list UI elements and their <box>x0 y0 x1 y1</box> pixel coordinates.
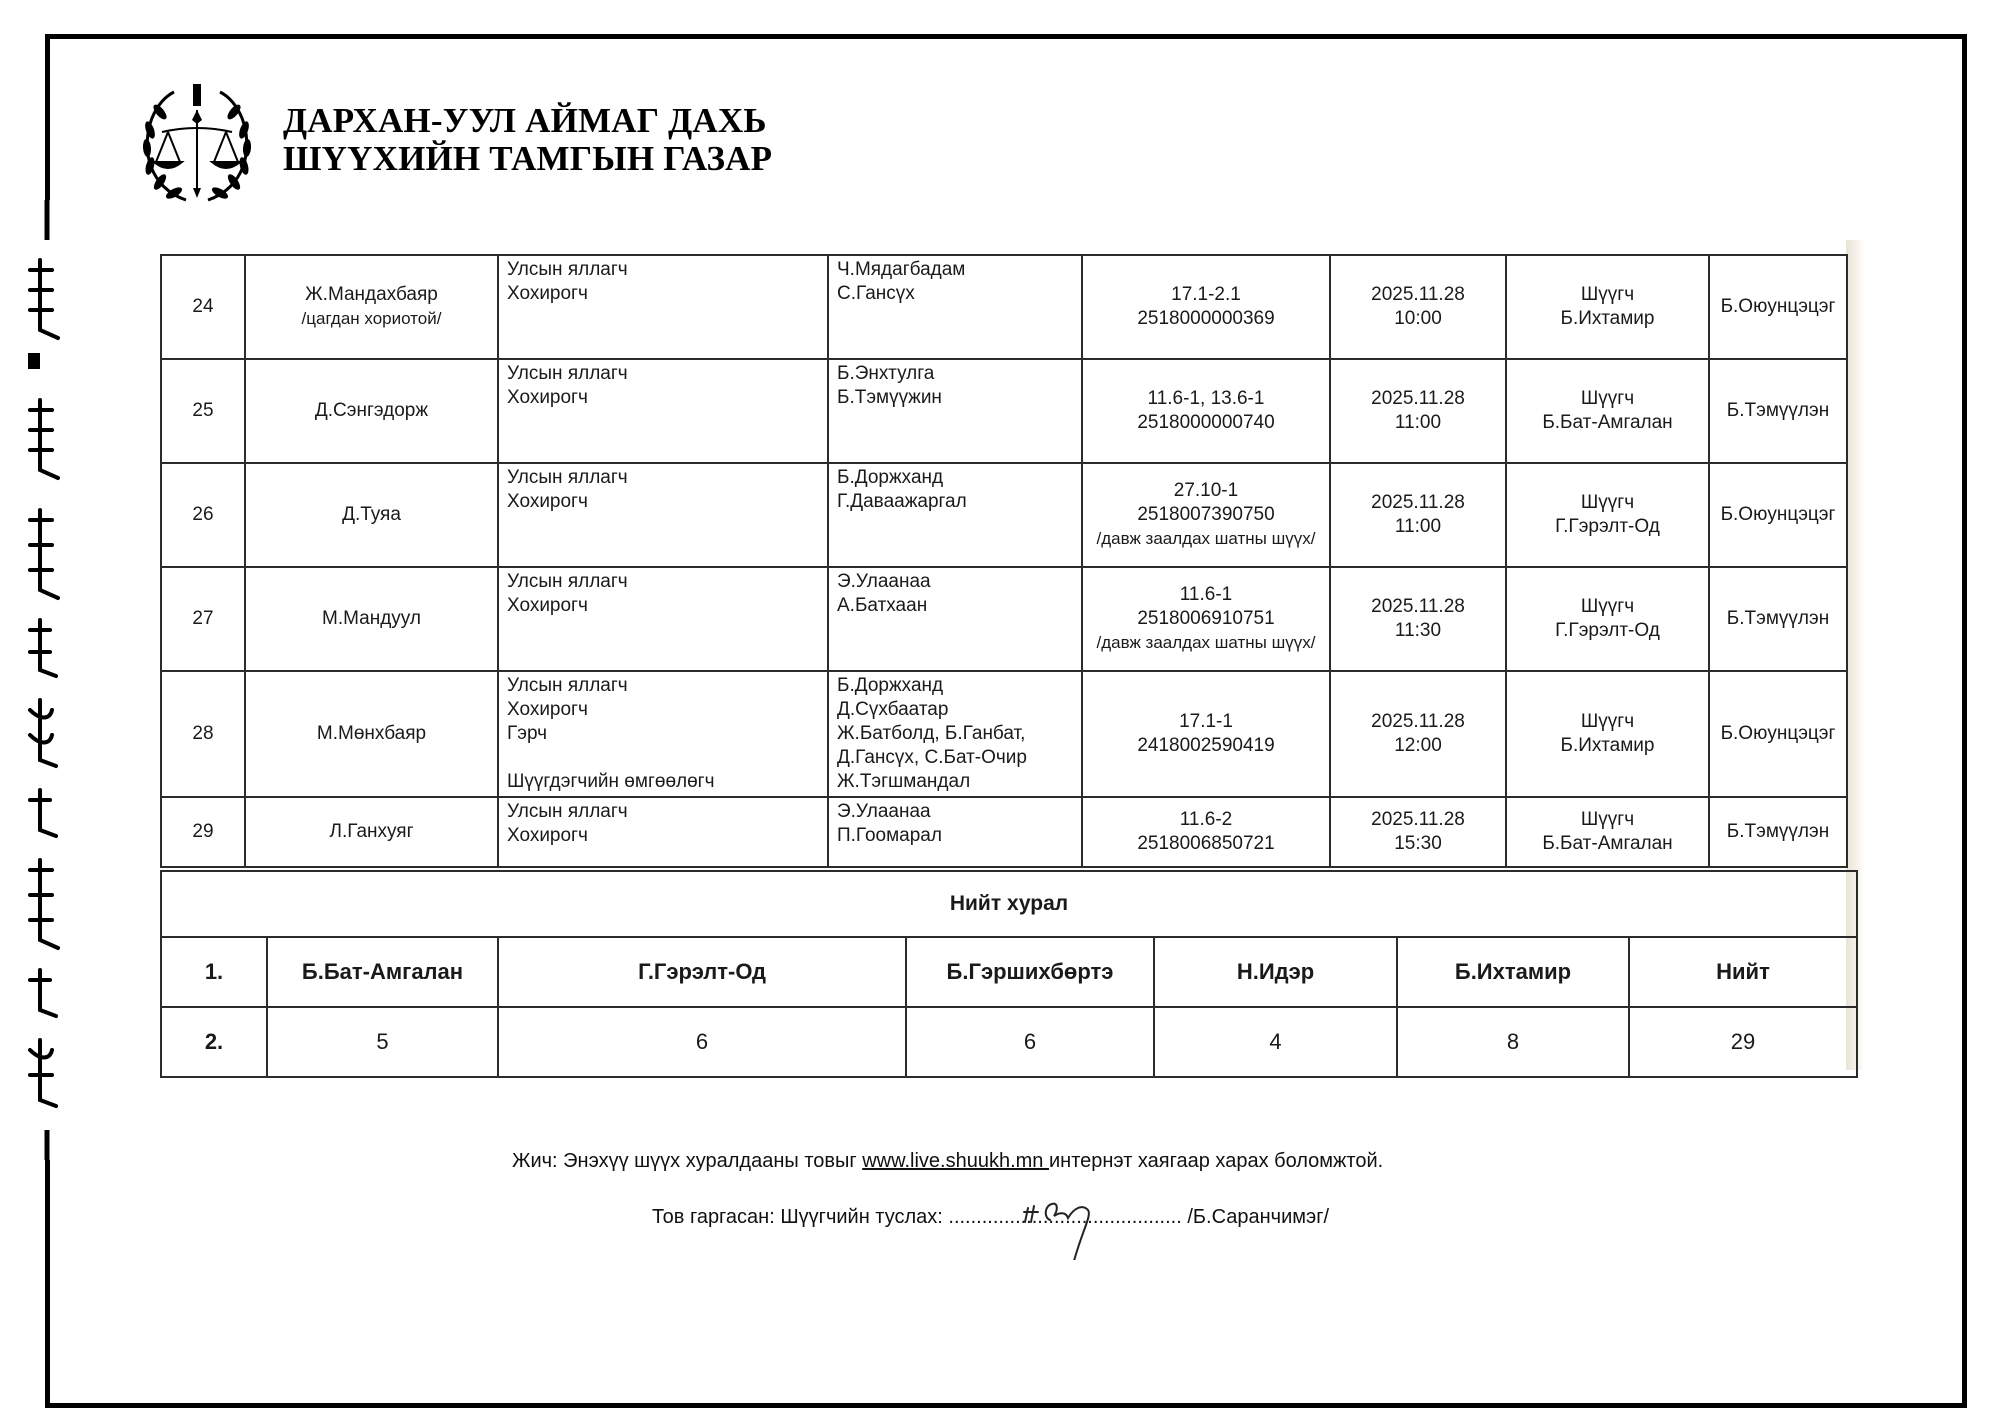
defendant-cell: Л.Ганхуяг <box>245 797 498 867</box>
judge-title: Шүүгч <box>1515 808 1700 832</box>
row-number-text: 28 <box>170 722 236 746</box>
case-article: 17.1-1 <box>1091 710 1321 734</box>
summary-count: 5 <box>267 1007 498 1077</box>
party-role: Хохирогч <box>507 594 819 618</box>
defendant-cell: Д.Туяа <box>245 463 498 567</box>
participants-cell: Э.УлаанааА.Батхаан <box>828 567 1082 671</box>
schedule-row: 28М.МөнхбаярУлсын яллагчХохирогчГэрч Шүү… <box>161 671 1847 797</box>
participant-name: Ч.Мядагбадам <box>837 258 1073 282</box>
row-number: 28 <box>161 671 245 797</box>
participants-cell: Ч.МядагбадамС.Гансүх <box>828 255 1082 359</box>
summary-judge-name: Б.Ихтамир <box>1397 937 1629 1007</box>
judge-title: Шүүгч <box>1515 387 1700 411</box>
row-number: 27 <box>161 567 245 671</box>
hearing-date: 2025.11.28 <box>1339 491 1497 515</box>
judge-cell: ШүүгчБ.Бат-Амгалан <box>1506 359 1709 463</box>
summary-row-index: 2. <box>161 1007 267 1077</box>
hearing-date: 2025.11.28 <box>1339 808 1497 832</box>
participants-cell: Э.УлаанааП.Гоомарал <box>828 797 1082 867</box>
party-role: Гэрч <box>507 722 819 746</box>
prepared-by-line: Тов гаргасан: Шүүгчийн туслах: .........… <box>652 1206 1329 1229</box>
row-number-text: 29 <box>170 820 236 844</box>
summary-total-label: Нийт <box>1629 937 1857 1007</box>
secretary-cell: Б.Тэмүүлэн <box>1709 359 1847 463</box>
schedule-row: 29Л.ГанхуягУлсын яллагчХохирогчЭ.Улаанаа… <box>161 797 1847 867</box>
summary-title: Нийт хурал <box>161 871 1857 937</box>
summary-judge-name: Б.Гэршихбөртэ <box>906 937 1154 1007</box>
judge-title: Шүүгч <box>1515 595 1700 619</box>
party-role: Улсын яллагч <box>507 800 819 824</box>
participant-name: Э.Улаанаа <box>837 800 1073 824</box>
party-role: Улсын яллагч <box>507 570 819 594</box>
judge-title: Шүүгч <box>1515 710 1700 734</box>
case-number: 2518007390750 <box>1091 503 1321 527</box>
summary-row-index: 1. <box>161 937 267 1007</box>
secretary-cell: Б.Оюунцэцэг <box>1709 255 1847 359</box>
summary-judge-name: Н.Идэр <box>1154 937 1397 1007</box>
row-number: 24 <box>161 255 245 359</box>
defendant-cell: М.Мөнхбаяр <box>245 671 498 797</box>
row-number-text: 27 <box>170 607 236 631</box>
case-article: 11.6-1, 13.6-1 <box>1091 387 1321 411</box>
party-role: Хохирогч <box>507 282 819 306</box>
summary-total-count: 29 <box>1629 1007 1857 1077</box>
organization-title-line1: ДАРХАН-УУЛ АЙМАГ ДАХЬ <box>283 102 772 140</box>
summary-judge-name: Б.Бат-Амгалан <box>267 937 498 1007</box>
summary-header-row: 1. Б.Бат-Амгалан Г.Гэрэлт-Од Б.Гэршихбөр… <box>161 937 1857 1007</box>
party-role: Хохирогч <box>507 386 819 410</box>
party-role: Улсын яллагч <box>507 362 819 386</box>
judge-name: Б.Бат-Амгалан <box>1515 832 1700 856</box>
hearing-datetime-cell: 2025.11.2811:00 <box>1330 463 1506 567</box>
defendant-cell: Д.Сэнгэдорж <box>245 359 498 463</box>
row-number-text: 25 <box>170 399 236 423</box>
party-roles-cell: Улсын яллагчХохирогч <box>498 255 828 359</box>
participant-name: Д.Гансүх, С.Бат-Очир <box>837 746 1073 770</box>
defendant-name: М.Мандуул <box>254 607 489 631</box>
mongolian-vertical-script <box>0 200 95 1160</box>
hearing-date: 2025.11.28 <box>1339 387 1497 411</box>
case-number: 2418002590419 <box>1091 734 1321 758</box>
prepared-by-label: Тов гаргасан: Шүүгчийн туслах: <box>652 1206 948 1228</box>
hearing-datetime-cell: 2025.11.2811:00 <box>1330 359 1506 463</box>
case-cell: 27.10-12518007390750/давж заалдах шатны … <box>1082 463 1330 567</box>
party-role: Хохирогч <box>507 490 819 514</box>
defendant-note: /цагдан хориотой/ <box>254 307 489 331</box>
summary-count: 8 <box>1397 1007 1629 1077</box>
participant-name: П.Гоомарал <box>837 824 1073 848</box>
defendant-name: Д.Сэнгэдорж <box>254 399 489 423</box>
judge-name: Б.Бат-Амгалан <box>1515 411 1700 435</box>
case-cell: 11.6-12518006910751/давж заалдах шатны ш… <box>1082 567 1330 671</box>
defendant-name: М.Мөнхбаяр <box>254 722 489 746</box>
defendant-name: Л.Ганхуяг <box>254 820 489 844</box>
hearing-time: 11:30 <box>1339 619 1497 643</box>
row-number: 25 <box>161 359 245 463</box>
summary-values-row: 2. 5 6 6 4 8 29 <box>161 1007 1857 1077</box>
participant-name: Г.Даваажаргал <box>837 490 1073 514</box>
hearing-time: 12:00 <box>1339 734 1497 758</box>
schedule-row: 24Ж.Мандахбаяр/цагдан хориотой/Улсын ялл… <box>161 255 1847 359</box>
case-cell: 11.6-1, 13.6-12518000000740 <box>1082 359 1330 463</box>
judge-cell: ШүүгчБ.Бат-Амгалан <box>1506 797 1709 867</box>
party-roles-cell: Улсын яллагчХохирогч <box>498 797 828 867</box>
row-number: 26 <box>161 463 245 567</box>
secretary-cell: Б.Оюунцэцэг <box>1709 463 1847 567</box>
court-emblem-scales-icon <box>138 80 256 208</box>
live-shuukh-link[interactable]: www.live.shuukh.mn <box>862 1150 1049 1172</box>
party-roles-cell: Улсын яллагчХохирогч <box>498 567 828 671</box>
judge-cell: ШүүгчБ.Ихтамир <box>1506 255 1709 359</box>
hearing-time: 11:00 <box>1339 515 1497 539</box>
participants-cell: Б.ЭнхтулгаБ.Тэмүүжин <box>828 359 1082 463</box>
case-article: 17.1-2.1 <box>1091 283 1321 307</box>
judge-cell: ШүүгчГ.Гэрэлт-Од <box>1506 463 1709 567</box>
participant-name: Ж.Батболд, Б.Ганбат, <box>837 722 1073 746</box>
participant-name: А.Батхаан <box>837 594 1073 618</box>
participant-name: Д.Сүхбаатар <box>837 698 1073 722</box>
case-note: /давж заалдах шатны шүүх/ <box>1091 631 1321 655</box>
judge-cell: ШүүгчГ.Гэрэлт-Од <box>1506 567 1709 671</box>
party-role: Улсын яллагч <box>507 466 819 490</box>
judge-title: Шүүгч <box>1515 283 1700 307</box>
judge-cell: ШүүгчБ.Ихтамир <box>1506 671 1709 797</box>
judge-title: Шүүгч <box>1515 491 1700 515</box>
secretary-name: Б.Оюунцэцэг <box>1718 722 1838 746</box>
hearing-datetime-cell: 2025.11.2811:30 <box>1330 567 1506 671</box>
secretary-name: Б.Оюунцэцэг <box>1718 295 1838 319</box>
judge-name: Г.Гэрэлт-Од <box>1515 515 1700 539</box>
participant-name: С.Гансүх <box>837 282 1073 306</box>
secretary-cell: Б.Тэмүүлэн <box>1709 567 1847 671</box>
party-role: Хохирогч <box>507 698 819 722</box>
row-number: 29 <box>161 797 245 867</box>
defendant-name: Ж.Мандахбаяр <box>254 283 489 307</box>
secretary-name: Б.Оюунцэцэг <box>1718 503 1838 527</box>
defendant-name: Д.Туяа <box>254 503 489 527</box>
prepared-by-name: /Б.Саранчимэг/ <box>1182 1206 1329 1228</box>
schedule-row: 25Д.СэнгэдоржУлсын яллагчХохирогчБ.Энхту… <box>161 359 1847 463</box>
party-role: Хохирогч <box>507 824 819 848</box>
hearing-date: 2025.11.28 <box>1339 595 1497 619</box>
case-article: 27.10-1 <box>1091 479 1321 503</box>
party-role <box>507 746 819 770</box>
handwritten-signature <box>1010 1180 1120 1260</box>
hearing-datetime-cell: 2025.11.2815:30 <box>1330 797 1506 867</box>
schedule-row: 26Д.ТуяаУлсын яллагчХохирогчБ.ДоржхандГ.… <box>161 463 1847 567</box>
judge-name: Б.Ихтамир <box>1515 307 1700 331</box>
hearing-time: 11:00 <box>1339 411 1497 435</box>
organization-title-line2: ШҮҮХИЙН ТАМГЫН ГАЗАР <box>283 140 772 178</box>
defendant-cell: М.Мандуул <box>245 567 498 671</box>
hearing-time: 15:30 <box>1339 832 1497 856</box>
case-cell: 11.6-22518006850721 <box>1082 797 1330 867</box>
hearing-summary-table: Нийт хурал 1. Б.Бат-Амгалан Г.Гэрэлт-Од … <box>160 870 1858 1078</box>
party-role: Улсын яллагч <box>507 674 819 698</box>
secretary-cell: Б.Оюунцэцэг <box>1709 671 1847 797</box>
party-roles-cell: Улсын яллагчХохирогчГэрч Шүүгдэгчийн өмг… <box>498 671 828 797</box>
hearing-datetime-cell: 2025.11.2812:00 <box>1330 671 1506 797</box>
hearing-date: 2025.11.28 <box>1339 283 1497 307</box>
participant-name: Э.Улаанаа <box>837 570 1073 594</box>
secretary-name: Б.Тэмүүлэн <box>1718 607 1838 631</box>
secretary-name: Б.Тэмүүлэн <box>1718 399 1838 423</box>
case-note: /давж заалдах шатны шүүх/ <box>1091 527 1321 551</box>
participants-cell: Б.ДоржхандД.СүхбаатарЖ.Батболд, Б.Ганбат… <box>828 671 1082 797</box>
note-suffix: интернэт хаягаар харах боломжтой. <box>1049 1150 1383 1172</box>
organization-title: ДАРХАН-УУЛ АЙМАГ ДАХЬ ШҮҮХИЙН ТАМГЫН ГАЗ… <box>283 102 772 178</box>
footer-note: Жич: Энэхүү шүүх хуралдааны товыг www.li… <box>512 1150 1383 1173</box>
judge-name: Г.Гэрэлт-Од <box>1515 619 1700 643</box>
participant-name: Б.Тэмүүжин <box>837 386 1073 410</box>
hearing-time: 10:00 <box>1339 307 1497 331</box>
participant-name: Ж.Тэгшмандал <box>837 770 1073 794</box>
party-roles-cell: Улсын яллагчХохирогч <box>498 359 828 463</box>
case-number: 2518006910751 <box>1091 607 1321 631</box>
case-cell: 17.1-12418002590419 <box>1082 671 1330 797</box>
defendant-cell: Ж.Мандахбаяр/цагдан хориотой/ <box>245 255 498 359</box>
case-number: 2518000000369 <box>1091 307 1321 331</box>
participant-name: Б.Энхтулга <box>837 362 1073 386</box>
judge-name: Б.Ихтамир <box>1515 734 1700 758</box>
row-number-text: 26 <box>170 503 236 527</box>
secretary-cell: Б.Тэмүүлэн <box>1709 797 1847 867</box>
participant-name: Б.Доржханд <box>837 674 1073 698</box>
party-roles-cell: Улсын яллагчХохирогч <box>498 463 828 567</box>
hearing-datetime-cell: 2025.11.2810:00 <box>1330 255 1506 359</box>
secretary-name: Б.Тэмүүлэн <box>1718 820 1838 844</box>
party-role: Улсын яллагч <box>507 258 819 282</box>
summary-count: 6 <box>906 1007 1154 1077</box>
participants-cell: Б.ДоржхандГ.Даваажаргал <box>828 463 1082 567</box>
case-article: 11.6-1 <box>1091 583 1321 607</box>
case-article: 11.6-2 <box>1091 808 1321 832</box>
hearing-date: 2025.11.28 <box>1339 710 1497 734</box>
row-number-text: 24 <box>170 295 236 319</box>
case-cell: 17.1-2.12518000000369 <box>1082 255 1330 359</box>
case-number: 2518000000740 <box>1091 411 1321 435</box>
party-role: Шүүгдэгчийн өмгөөлөгч <box>507 770 819 794</box>
summary-count: 6 <box>498 1007 906 1077</box>
note-prefix: Жич: Энэхүү шүүх хуралдааны товыг <box>512 1150 862 1172</box>
summary-count: 4 <box>1154 1007 1397 1077</box>
participant-name: Б.Доржханд <box>837 466 1073 490</box>
schedule-row: 27М.МандуулУлсын яллагчХохирогчЭ.Улаанаа… <box>161 567 1847 671</box>
hearing-schedule-table: 24Ж.Мандахбаяр/цагдан хориотой/Улсын ялл… <box>160 254 1848 868</box>
case-number: 2518006850721 <box>1091 832 1321 856</box>
summary-judge-name: Г.Гэрэлт-Од <box>498 937 906 1007</box>
